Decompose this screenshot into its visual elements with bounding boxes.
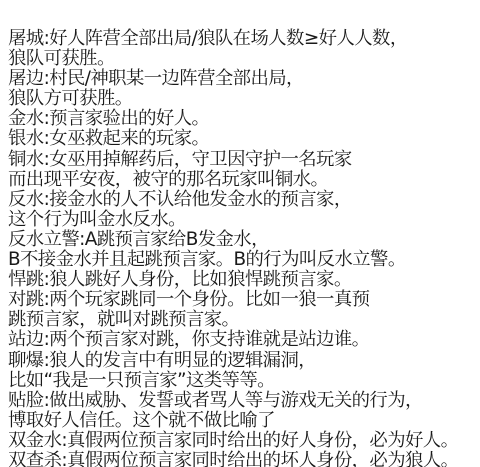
text-line: 狼队方可获胜。 — [8, 89, 480, 109]
text-line: 而出现平安夜，被守的那名玩家叫铜水。 — [8, 170, 480, 190]
text-line: 跳预言家，就叫对跳预言家。 — [8, 310, 480, 330]
text-line: 悍跳:狼人跳好人身份，比如狼悍跳预言家。 — [8, 270, 480, 290]
text-line: 反水立警:A跳预言家给B发金水， — [8, 230, 480, 250]
text-line: 铜水:女巫用掉解药后，守卫因守护一名玩家 — [8, 150, 480, 170]
text-line: 对跳:两个玩家跳同一个身份。比如一狼一真预 — [8, 290, 480, 310]
text-line: 这个行为叫金水反水。 — [8, 210, 480, 230]
text-line: 屠城:好人阵营全部出局/狼队在场人数≥好人人数， — [8, 29, 480, 49]
text-line: 博取好人信任。这个就不做比喻了 — [8, 411, 480, 431]
text-line: 屠边:村民/神职某一边阵营全部出局， — [8, 69, 480, 89]
text-line: 狼队可获胜。 — [8, 49, 480, 69]
text-line: 金水:预言家验出的好人。 — [8, 109, 480, 129]
text-line: 双查杀:真假两位预言家同时给出的坏人身份，必为狼人。 — [8, 451, 480, 467]
text-line: 银水:女巫救起来的玩家。 — [8, 129, 480, 149]
text-line: 双金水:真假两位预言家同时给出的好人身份，必为好人。 — [8, 431, 480, 451]
text-line: 反水:接金水的人不认给他发金水的预言家， — [8, 190, 480, 210]
text-line: 站边:两个预言家对跳，你支持谁就是站边谁。 — [8, 330, 480, 350]
glossary-text: 屠城:好人阵营全部出局/狼队在场人数≥好人人数， 狼队可获胜。 屠边:村民/神职… — [8, 29, 480, 467]
text-line: B不接金水并且起跳预言家。B的行为叫反水立警。 — [8, 250, 480, 270]
text-line: 比如“我是一只预言家”这类等等。 — [8, 371, 480, 391]
text-line: 聊爆:狼人的发言中有明显的逻辑漏洞， — [8, 351, 480, 371]
text-line: 贴脸:做出威胁、发誓或者骂人等与游戏无关的行为， — [8, 391, 480, 411]
